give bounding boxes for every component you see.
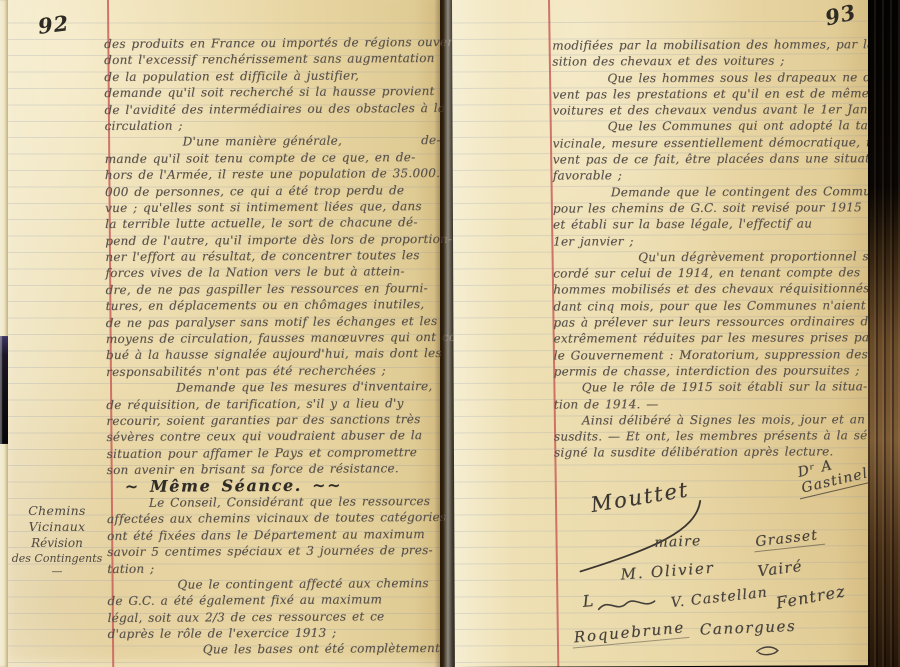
handwriting-line: permis de chasse, interdiction des pours… [554, 362, 872, 380]
page-number: 92 [37, 10, 71, 39]
handwriting-line-text: bué à la hausse signalée aujourd'hui, ma… [106, 346, 442, 362]
handwriting-line: moyens de circulation, fausses manœuvres… [106, 329, 444, 347]
handwriting-line-text: voitures et des chevaux vendus avant le … [552, 102, 900, 118]
handwriting-line-text: Que le rôle de 1915 soit établi sur la s… [582, 379, 868, 394]
handwriting-line: bué à la hausse signalée aujourd'hui, ma… [106, 345, 444, 363]
handwriting-line-text: moyens de circulation, fausses manœuvres… [106, 330, 484, 346]
handwriting-line-text: favorable ; [553, 169, 622, 183]
handwriting-line-text: D'une manière générale, [183, 134, 342, 149]
handwriting-line-text: des produits en France ou importés de ré… [104, 35, 476, 51]
signature-illegible-paraph: L [582, 591, 595, 611]
handwriting-line-text: signé la susdite délibération après lect… [554, 445, 834, 460]
handwriting-line-text: dre, de ne pas gaspiller les ressources … [106, 281, 428, 297]
handwriting-line-text: permis de chasse, interdiction des pours… [554, 363, 860, 378]
handwriting-line-text: d'après le rôle de l'exercice 1913 ; [108, 626, 337, 641]
paraph-scribble [597, 595, 657, 615]
page-stack-edge [0, 0, 8, 667]
handwriting-line: pour les chemins de G.C. soit revisé pou… [553, 199, 871, 217]
handwriting-line: Demande que le contingent des Communes [553, 183, 871, 201]
handwriting-line-text: pas à prélever sur leurs ressources ordi… [553, 314, 887, 329]
handwriting-line: responsabilités n'ont pas été recherchée… [106, 362, 444, 380]
handwriting-line: Que les Communes qui ont adopté la taxe [553, 118, 871, 136]
handwriting-line-text: modifiées par la mobilisation des hommes… [552, 37, 900, 53]
scanned-register-spread: 92 Chemins Vicinaux Révision des Conting… [0, 0, 900, 667]
handwriting-line-text: 000 de personnes, ce qui a été trop perd… [105, 183, 404, 199]
handwriting-line: et établi sur la base légale, l'effectif… [553, 215, 871, 233]
handwriting-line-text: Que les hommes sous les drapeaux ne doi- [607, 70, 887, 85]
handwriting-line-text: de la population est difficile à justifi… [104, 68, 359, 84]
handwriting-line-text: demande qu'il soit recherché si la hauss… [104, 84, 434, 100]
section-heading: ~ Même Séance. ~~ [107, 476, 445, 494]
handwriting-line-text: Que les Communes qui ont adopté la taxe [608, 119, 883, 134]
handwriting-line: sition des chevaux et des voitures ; [552, 52, 870, 70]
handwriting-line: mande qu'il soit tenu compte de ce que, … [105, 149, 443, 167]
handwriting-line-text: Qu'un dégrèvement proportionnel soit ac- [638, 249, 900, 264]
canorgues-flourish [755, 644, 781, 658]
handwriting-line: de G.C. a été également fixé au maximum [107, 591, 445, 609]
handwriting-line: Ainsi délibéré à Signes les mois, jour e… [554, 411, 872, 429]
handwriting-line-text: Ainsi délibéré à Signes les mois, jour e… [582, 412, 865, 427]
signature-mouttet: Mouttet [589, 477, 691, 517]
handwriting-line-text: 1er janvier ; [553, 234, 634, 248]
handwriting-line-text: hommes mobilisés et des chevaux réquisit… [553, 281, 900, 297]
margin-note-line: Chemins Vicinaux [10, 503, 104, 535]
handwriting-line-text: dont l'excessif renchérissement sans aug… [104, 51, 435, 67]
handwriting-line: Que les hommes sous les drapeaux ne doi- [552, 69, 870, 87]
handwriting-line: vue ; qu'elles sont si intimement liées … [105, 198, 443, 216]
handwriting-line: Qu'un dégrèvement proportionnel soit ac- [553, 248, 871, 266]
handwriting-line: affectées aux chemins vicinaux de toutes… [107, 509, 445, 527]
handwriting-line-text: vent pas les prestations et qu'il en est… [552, 86, 896, 102]
handwriting-line: ner l'effort au résultat, de concentrer … [105, 247, 443, 265]
handwriting-line-text: de ne pas paralyser sans motif les échan… [106, 314, 438, 330]
handwriting-line: légal, soit aux 2/3 de ces ressources et… [108, 608, 446, 626]
book-cover-edge [868, 0, 900, 667]
handwriting-line-text: Que les bases ont été complètement [203, 641, 440, 656]
handwriting-line: tion de 1914. — [554, 395, 872, 413]
handwriting-line: pas à prélever sur leurs ressources ordi… [553, 313, 871, 331]
handwriting-line: dre, de ne pas gaspiller les ressources … [106, 280, 444, 298]
handwriting-line: cordé sur celui de 1914, en tenant compt… [553, 264, 871, 282]
handwriting-line: vicinale, mesure essentiellement démocra… [553, 134, 871, 152]
handwriting-line-text: responsabilités n'ont pas été recherchée… [106, 363, 386, 379]
handwriting-text-block: des produits en France ou importés de ré… [104, 34, 446, 659]
handwriting-line: pend de l'autre, qu'il importe dès lors … [105, 231, 443, 249]
handwriting-line: savoir 5 centimes spéciaux et 3 journées… [107, 542, 445, 560]
handwriting-line: sévères contre ceux qui voudraient abuse… [106, 427, 444, 445]
handwriting-line-text: Le Conseil, Considérant que les ressourc… [149, 494, 430, 510]
handwriting-line: situation pour affamer le Pays et compro… [107, 444, 445, 462]
handwriting-line-text: Demande que les mesures d'inventaire, [176, 379, 432, 395]
handwriting-line-text: ner l'effort au résultat, de concentrer … [105, 248, 419, 264]
handwriting-line: le Gouvernement : Moratorium, suppressio… [554, 346, 872, 364]
wood-grain-texture [868, 0, 900, 667]
handwriting-line-text: vicinale, mesure essentiellement démocra… [553, 135, 900, 151]
handwriting-line: modifiées par la mobilisation des hommes… [552, 36, 870, 54]
handwriting-line-text: de réquisition, de tarification, s'il y … [106, 396, 403, 412]
handwriting-line: 000 de personnes, ce qui a été trop perd… [105, 181, 443, 199]
signature-grasset: Grasset [753, 527, 825, 553]
handwriting-line: vent pas de ce fait, être placées dans u… [553, 150, 871, 168]
handwriting-line-text: vue ; qu'elles sont si intimement liées … [105, 199, 422, 215]
handwriting-line-text: Que le contingent affecté aux chemins [177, 576, 429, 592]
handwriting-line: tures, en déplacements ou en chômages in… [106, 296, 444, 314]
handwriting-line-text: sition des chevaux et des voitures ; [552, 54, 784, 69]
handwriting-line: d'après le rôle de l'exercice 1913 ; [108, 624, 446, 642]
handwriting-line: circulation ; [105, 116, 443, 134]
handwriting-line: de ne pas paralyser sans motif les échan… [106, 313, 444, 331]
handwriting-line: voitures et des chevaux vendus avant le … [552, 101, 870, 119]
signature-fentrez: Fentrez [774, 581, 847, 612]
handwriting-line-text: tation ; [107, 561, 154, 575]
handwriting-line-text: de G.C. a été également fixé au maximum [107, 593, 382, 609]
handwriting-line-text: dant cinq mois, pour que les Communes n'… [553, 298, 866, 313]
handwriting-line: Que le rôle de 1915 soit établi sur la s… [554, 378, 872, 396]
handwriting-line: tation ; [107, 558, 445, 576]
register-page-right: 93 modifiées par la mobilisation des hom… [452, 0, 879, 667]
handwriting-line: ont été fixées dans le Département au ma… [107, 526, 445, 544]
handwriting-line-text: extrêmement réduites par les mesures pri… [553, 331, 875, 346]
handwriting-line: dant cinq mois, pour que les Communes n'… [553, 297, 871, 315]
handwriting-line-text: et établi sur la base légale, l'effectif… [553, 217, 812, 232]
handwriting-line-text: cordé sur celui de 1914, en tenant compt… [553, 265, 860, 280]
handwriting-line: de la population est difficile à justifi… [104, 67, 442, 85]
signature-vaire: Vairé [757, 557, 804, 581]
handwriting-line-text: pour les chemins de G.C. soit revisé pou… [553, 200, 862, 215]
handwriting-line: de réquisition, de tarification, s'il y … [106, 395, 444, 413]
register-page-left: 92 Chemins Vicinaux Révision des Conting… [8, 0, 440, 667]
handwriting-line-text: pend de l'autre, qu'il importe dès lors … [105, 232, 452, 248]
handwriting-line-text: Demande que le contingent des Communes [611, 184, 893, 199]
handwriting-line: 1er janvier ; [553, 232, 871, 250]
handwriting-line: vent pas les prestations et qu'il en est… [552, 85, 870, 103]
handwriting-line: dont l'excessif renchérissement sans aug… [104, 50, 442, 68]
handwriting-line: favorable ; [553, 167, 871, 185]
handwriting-line: Que les bases ont été complètement [108, 640, 446, 658]
handwriting-line-text: ont été fixées dans le Département au ma… [107, 527, 425, 543]
handwriting-line: forces vives de la Nation vers le but à … [105, 263, 443, 281]
handwriting-line: de l'avidité des intermédiaires ou des o… [104, 99, 442, 117]
handwriting-line-text: ~ Même Séance. ~~ [125, 475, 342, 495]
handwriting-line-text: hors de l'Armée, il reste une population… [105, 166, 440, 182]
handwriting-line-text: tion de 1914. — [554, 397, 659, 411]
signature-role-maire: maire [654, 533, 702, 551]
handwriting-line: des produits en France ou importés de ré… [104, 34, 442, 52]
handwriting-line-text: savoir 5 centimes spéciaux et 3 journées… [107, 543, 433, 559]
handwriting-line-text: tures, en déplacements ou en chômages in… [106, 297, 425, 313]
handwriting-line-text: le Gouvernement : Moratorium, suppressio… [554, 347, 868, 362]
page-number: 93 [823, 0, 859, 31]
handwriting-line: recourir, soient garanties par des sanct… [106, 411, 444, 429]
handwriting-line-text: vent pas de ce fait, être placées dans u… [553, 151, 900, 167]
handwriting-line: Demande que les mesures d'inventaire, [106, 378, 444, 396]
margin-note-underline: — [10, 567, 104, 577]
margin-note-line: Révision [10, 535, 104, 551]
handwriting-line-text: mande qu'il soit tenu compte de ce que, … [105, 150, 416, 166]
handwriting-line: la terrible lutte actuelle, le sort de c… [105, 214, 443, 232]
handwriting-line-text: recourir, soient garanties par des sanct… [106, 412, 420, 428]
signature-castellan: V. Castellan [670, 585, 769, 612]
signature-canorgues: Canorgues [699, 617, 796, 639]
handwriting-line-text: sévères contre ceux qui voudraient abuse… [106, 428, 422, 444]
handwriting-line-text: affectées aux chemins vicinaux de toutes… [107, 510, 446, 526]
signature-roquebrune: Roquebrune [571, 618, 690, 649]
handwriting-line-text: la terrible lutte actuelle, le sort de c… [105, 215, 418, 231]
margin-note: Chemins Vicinaux Révision des Contingent… [10, 503, 104, 577]
handwriting-line-text: de l'avidité des intermédiaires ou des o… [104, 100, 445, 116]
handwriting-text-block: modifiées par la mobilisation des hommes… [552, 36, 872, 461]
handwriting-line: hors de l'Armée, il reste une population… [105, 165, 443, 183]
handwriting-line-text: susdits. — Et ont, les membres présents … [554, 428, 900, 444]
signature-olivier: M. Olivier [620, 559, 715, 584]
handwriting-line-text: circulation ; [105, 118, 183, 132]
handwriting-line: demande qu'il soit recherché si la hauss… [104, 83, 442, 101]
handwriting-line: de-D'une manière générale, [105, 132, 443, 150]
handwriting-line-text: légal, soit aux 2/3 de ces ressources et… [108, 609, 385, 625]
handwriting-line: Le Conseil, Considérant que les ressourc… [107, 493, 445, 511]
handwriting-line: hommes mobilisés et des chevaux réquisit… [553, 281, 871, 299]
handwriting-line: extrêmement réduites par les mesures pri… [553, 330, 871, 348]
handwriting-line-text: forces vives de la Nation vers le but à … [105, 265, 404, 281]
handwriting-line-text: situation pour affamer le Pays et compro… [107, 445, 418, 461]
handwriting-line: Que le contingent affecté aux chemins [107, 575, 445, 593]
handwriting-line: susdits. — Et ont, les membres présents … [554, 427, 872, 445]
